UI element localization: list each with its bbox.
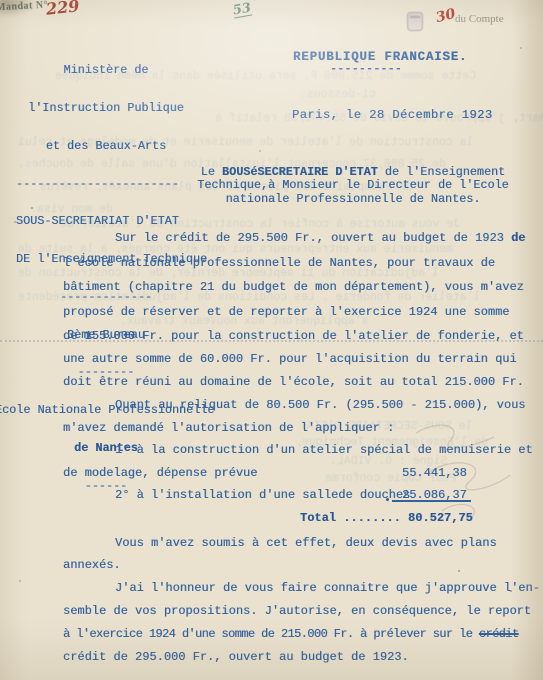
recipient-line: Technique,à Monsieur le Directeur de l'E… [172,179,534,192]
mandat-stamp: Mandat N° [0,0,48,13]
body-line: annexés. [63,558,121,572]
body-line: doit être réuni au domaine de l'école, s… [63,375,524,389]
body-line: proposé de réserver et de reporter à l'e… [63,305,509,319]
ministry-line: l'Instruction Publique [8,102,204,115]
body-line: Sur le crédit de 295.500 Fr., ouvert au … [115,231,525,245]
recipient-line: nationale Professionnelle de Nantes. [172,193,534,206]
handwritten-number-red-left: 229 [45,0,80,19]
body-line: à l'exercice 1924 d'une somme de 215.000… [63,627,518,641]
body-line: Vous m'avez soumis à cet effet, deux dev… [115,536,497,550]
du-compte-stamp: du Compte [455,13,504,25]
handwritten-number-red-right: 30 [434,6,457,26]
body-line: de 155.000 Fr. pour la construction de l… [63,329,524,343]
body-line: semble de vos propositions. J'autorise, … [63,604,531,618]
bleedthrough-line: ci-dessous. [300,88,376,101]
body-line: bâtiment (chapitre 21 du budget de mon d… [63,280,524,294]
total-rule [392,500,471,502]
list-item-line: de modelage, dépense prévue [63,466,257,480]
body-line: crédit de 295.000 Fr., ouvert au budget … [63,650,409,664]
total-line: Total ........ 80.527,75 [300,511,473,525]
recipient-block: Le BOUSéSECRETAIRE D'ETAT de l'Enseignem… [172,166,534,206]
sous-secretariat-line: SOUS-SECRETARIAT D'ETAT [8,215,204,228]
divider-dashes: ---------- [330,62,402,76]
recipient-line: Le BOUSéSECRETAIRE D'ETAT de l'Enseignem… [172,166,534,179]
amount-value: 55.441,38 [402,466,467,480]
round-stamp-icon [407,12,423,31]
document-page: Cette somme de 215.000 F. sera utilisée … [0,0,543,680]
body-line: Quant au reliquat de 80.500 Fr. (295.500… [115,398,525,412]
ministry-line: Ministère de [8,64,204,77]
body-line: m'avez demandé l'autorisation de l'appli… [63,421,394,435]
list-item-line: 2° à l'installation d'une sallede douche… [115,488,410,502]
ministry-line: et des Beaux-Arts [8,140,204,153]
body-line: une autre somme de 60.000 Fr. pour l'acq… [63,352,517,366]
body-line: J'ai l'honneur de vous faire connaitre q… [115,581,540,595]
dateline: Paris, le 28 Décembre 1923 [292,108,493,122]
list-item-line: 1° à la construction d'un atelier spécia… [115,443,533,457]
handwritten-number-green: 53 [232,1,252,19]
body-line: l'école nationale professionnelle de Nan… [63,256,495,270]
